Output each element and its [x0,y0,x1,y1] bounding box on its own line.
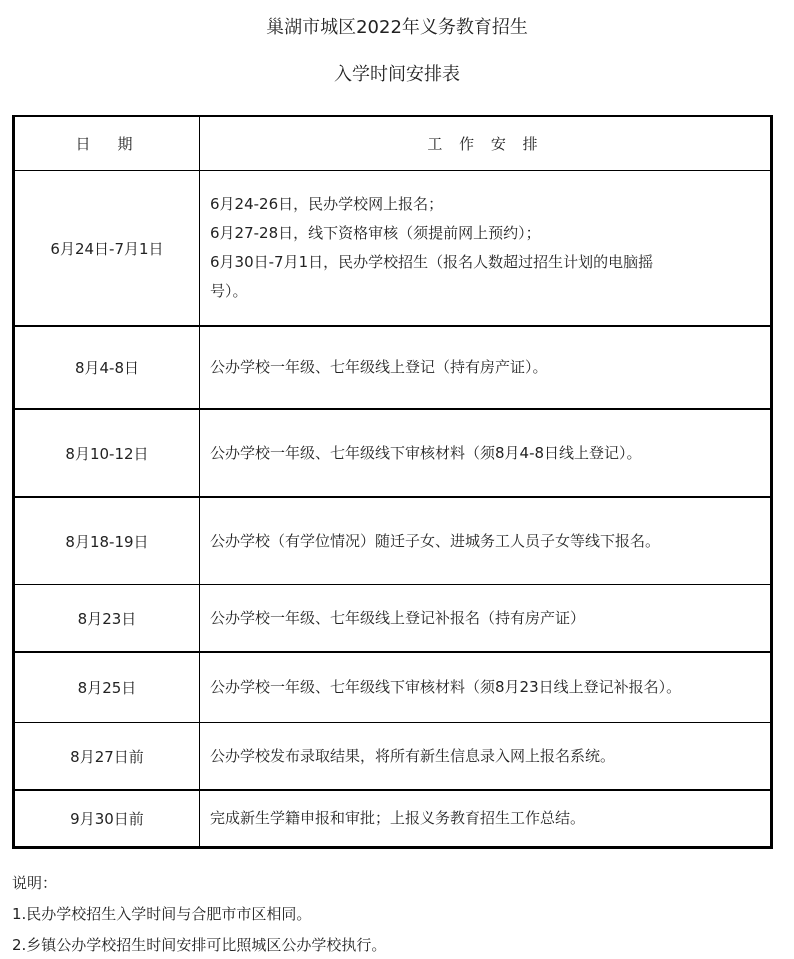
table-row: 8月18-19日 公办学校（有学位情况）随迁子女、进城务工人员子女等线下报名。 [15,498,770,585]
note-item: 1.民办学校招生入学时间与合肥市市区相同。 [12,899,386,930]
work-cell: 公办学校（有学位情况）随迁子女、进城务工人员子女等线下报名。 [201,498,770,584]
work-line: 6月30日-7月1日，民办学校招生（报名人数超过招生计划的电脑摇 [210,248,770,277]
work-line: 公办学校一年级、七年级线上登记（持有房产证）。 [210,353,770,382]
header-date-label: 日 期 [75,133,138,154]
table-row: 8月25日 公办学校一年级、七年级线下审核材料（须8月23日线上登记补报名）。 [15,653,770,723]
work-cell: 公办学校发布录取结果，将所有新生信息录入网上报名系统。 [201,723,770,789]
work-cell: 公办学校一年级、七年级线下审核材料（须8月23日线上登记补报名）。 [201,653,770,722]
document-title: 巢湖市城区2022年义务教育招生 [0,13,794,39]
date-cell: 8月10-12日 [15,410,200,496]
date-cell: 9月30日前 [15,791,200,846]
date-cell: 8月4-8日 [15,327,200,408]
work-line: 号）。 [210,277,770,306]
work-line: 完成新生学籍申报和审批；上报义务教育招生工作总结。 [210,804,770,833]
table-row: 6月24日-7月1日 6月24-26日，民办学校网上报名； 6月27-28日，线… [15,171,770,327]
table-row: 8月23日 公办学校一年级、七年级线上登记补报名（持有房产证） [15,585,770,653]
table-row: 8月4-8日 公办学校一年级、七年级线上登记（持有房产证）。 [15,327,770,410]
work-line: 公办学校一年级、七年级线下审核材料（须8月4-8日线上登记）。 [210,439,770,468]
work-line: 公办学校发布录取结果，将所有新生信息录入网上报名系统。 [210,742,770,771]
work-line: 公办学校一年级、七年级线上登记补报名（持有房产证） [210,604,770,633]
work-cell: 公办学校一年级、七年级线下审核材料（须8月4-8日线上登记）。 [201,410,770,496]
header-work: 工 作 安 排 [201,117,770,170]
table-row: 9月30日前 完成新生学籍申报和审批；上报义务教育招生工作总结。 [15,791,770,846]
header-date: 日 期 [15,117,200,170]
date-cell: 6月24日-7月1日 [15,171,200,325]
work-cell: 完成新生学籍申报和审批；上报义务教育招生工作总结。 [201,791,770,846]
header-work-label: 工 作 安 排 [427,133,543,154]
work-line: 6月24-26日，民办学校网上报名； [210,190,770,219]
work-cell: 公办学校一年级、七年级线上登记补报名（持有房产证） [201,585,770,651]
notes-heading: 说明： [12,868,386,899]
date-cell: 8月27日前 [15,723,200,789]
work-cell: 6月24-26日，民办学校网上报名； 6月27-28日，线下资格审核（须提前网上… [201,171,770,325]
table-row: 8月10-12日 公办学校一年级、七年级线下审核材料（须8月4-8日线上登记）。 [15,410,770,498]
work-cell: 公办学校一年级、七年级线上登记（持有房产证）。 [201,327,770,408]
work-line: 6月27-28日，线下资格审核（须提前网上预约）； [210,219,770,248]
date-cell: 8月23日 [15,585,200,651]
schedule-table: 日 期 工 作 安 排 6月24日-7月1日 6月24-26日，民办学校网上报名… [12,115,773,849]
notes-section: 说明： 1.民办学校招生入学时间与合肥市市区相同。 2.乡镇公办学校招生时间安排… [12,868,386,959]
table-row: 8月27日前 公办学校发布录取结果，将所有新生信息录入网上报名系统。 [15,723,770,791]
work-line: 公办学校一年级、七年级线下审核材料（须8月23日线上登记补报名）。 [210,673,770,702]
table-header-row: 日 期 工 作 安 排 [15,117,770,171]
work-line: 公办学校（有学位情况）随迁子女、进城务工人员子女等线下报名。 [210,527,770,556]
note-item: 2.乡镇公办学校招生时间安排可比照城区公办学校执行。 [12,930,386,959]
document-subtitle: 入学时间安排表 [0,60,794,86]
date-cell: 8月18-19日 [15,498,200,584]
date-cell: 8月25日 [15,653,200,722]
